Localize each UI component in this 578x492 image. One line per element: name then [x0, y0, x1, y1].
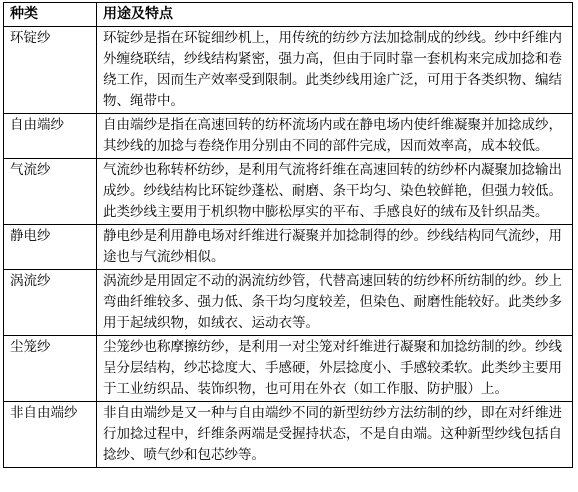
header-row: 种类 用途及特点 — [4, 3, 573, 27]
yarn-description-cell: 自由端纱是指在高速回转的纺杯流场内或在静电场内使纤维凝聚并加捻成纱，其纱线的加捻… — [97, 114, 573, 159]
yarn-description-cell: 静电纱是利用静电场对纤维进行凝聚并加捻制得的纱。纱线结构同气流纱，用途也与气流纱… — [97, 225, 573, 270]
table-row: 尘笼纱 尘笼纱也称摩擦纺纱，是利用一对尘笼对纤维进行凝聚和加捻纺制的纱。纱线呈分… — [4, 336, 573, 402]
table-row: 涡流纱 涡流纱是用固定不动的涡流纺纱管，代替高速回转的纺纱杯所纺制的纱。纱上弯曲… — [4, 270, 573, 336]
table-row: 静电纱 静电纱是利用静电场对纤维进行凝聚并加捻制得的纱。纱线结构同气流纱，用途也… — [4, 225, 573, 270]
document-page: 种类 用途及特点 环锭纱 环锭纱是指在环锭细纱机上，用传统的纺纱方法加捻制成的纱… — [0, 0, 578, 492]
yarn-type-cell: 气流纱 — [4, 159, 97, 225]
yarn-type-cell: 涡流纱 — [4, 270, 97, 336]
table-row: 非自由端纱 非自由端纱是又一种与自由端纱不同的新型纺纱方法纺制的纱，即在对纤维进… — [4, 402, 573, 468]
yarn-type-cell: 尘笼纱 — [4, 336, 97, 402]
yarn-types-table: 种类 用途及特点 环锭纱 环锭纱是指在环锭细纱机上，用传统的纺纱方法加捻制成的纱… — [3, 2, 573, 468]
yarn-description-cell: 非自由端纱是又一种与自由端纱不同的新型纺纱方法纺制的纱，即在对纤维进行加捻过程中… — [97, 402, 573, 468]
yarn-type-cell: 环锭纱 — [4, 27, 97, 114]
table-row: 环锭纱 环锭纱是指在环锭细纱机上，用传统的纺纱方法加捻制成的纱线。纱中纤维内外缠… — [4, 27, 573, 114]
yarn-description-cell: 气流纱也称转杯纺纱，是利用气流将纤维在高速回转的纺纱杯内凝聚加捻输出成纱。纱线结… — [97, 159, 573, 225]
yarn-description-cell: 涡流纱是用固定不动的涡流纺纱管，代替高速回转的纺纱杯所纺制的纱。纱上弯曲纤维较多… — [97, 270, 573, 336]
yarn-description-cell: 尘笼纱也称摩擦纺纱，是利用一对尘笼对纤维进行凝聚和加捻纺制的纱。纱线呈分层结构，… — [97, 336, 573, 402]
table-row: 自由端纱 自由端纱是指在高速回转的纺杯流场内或在静电场内使纤维凝聚并加捻成纱，其… — [4, 114, 573, 159]
yarn-type-cell: 自由端纱 — [4, 114, 97, 159]
column-header-usage: 用途及特点 — [97, 3, 573, 27]
yarn-type-cell: 非自由端纱 — [4, 402, 97, 468]
yarn-type-cell: 静电纱 — [4, 225, 97, 270]
table-row: 气流纱 气流纱也称转杯纺纱，是利用气流将纤维在高速回转的纺纱杯内凝聚加捻输出成纱… — [4, 159, 573, 225]
column-header-type: 种类 — [4, 3, 97, 27]
yarn-description-cell: 环锭纱是指在环锭细纱机上，用传统的纺纱方法加捻制成的纱线。纱中纤维内外缠绕联结，… — [97, 27, 573, 114]
